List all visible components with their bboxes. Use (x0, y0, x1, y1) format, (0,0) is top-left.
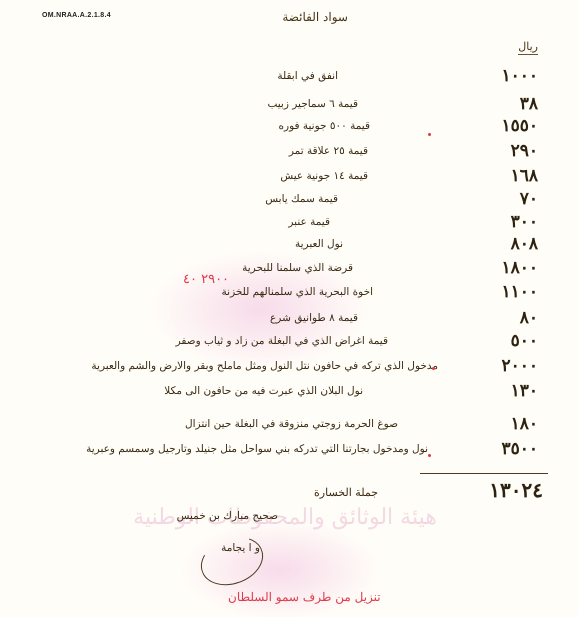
ledger-entry-description: قرضة الذي سلمنا للبحرية (242, 262, 353, 274)
ledger-entry-amount: ٨٠٨ (511, 234, 538, 254)
ledger-entry-description: قيمة ٨ طوانيق شرع (270, 312, 358, 324)
total-label: جملة الخسارة (314, 486, 378, 499)
ledger-entry-amount: ٧٠ (520, 189, 538, 209)
ledger-entry-amount: ١٨٠ (511, 414, 538, 434)
ledger-entry-description: نول العبرية (295, 238, 343, 250)
ledger-entry-amount: ٣٨ (520, 94, 538, 114)
ledger-entry-description: نول البلان الذي عبرت فيه من حافون الى مك… (164, 385, 363, 397)
ledger-entry-description: قيمة عنبر (288, 216, 330, 228)
ledger-entry-description: صوغ الحرمة زوجتي منزوقة في البغلة حين ان… (185, 418, 398, 430)
seal-text: و ا يجامة (221, 542, 260, 554)
ledger-entry-amount: ٨٠ (520, 308, 538, 328)
red-margin-note: ٢٩٠٠ ٤٠ (183, 272, 229, 287)
archive-reference-code: OM.NRAA.A.2.1.8.4 (42, 12, 111, 19)
ledger-entry-description: مدخول الذي تركه في حافون نتل النول ومثل … (91, 360, 438, 372)
archive-watermark-stamp: هيئة الوثائق والمحفوظات الوطنية (110, 505, 460, 530)
ledger-entry-description: قيمة ١٤ جونية عيش (280, 170, 368, 182)
ledger-entry-amount: ١٨٠٠ (501, 258, 538, 278)
ledger-entry-amount: ١٠٠٠ (501, 66, 538, 86)
ledger-entry-description: قيمة ٦ سماجير زبيب (267, 98, 358, 110)
total-amount: ١٣٠٢٤ (489, 478, 543, 502)
ledger-entry-amount: ١١٠٠ (501, 282, 538, 302)
red-dot-marker (428, 454, 431, 457)
ledger-entry-description: قيمة سمك يابس (265, 193, 338, 205)
ledger-entry-amount: ٢٠٠٠ (501, 356, 538, 376)
ledger-entry-description: اخوة البحرية الذي سلمنالهم للخزنة (222, 286, 373, 298)
ledger-entry-amount: ١٦٨ (511, 166, 538, 186)
document-title: سواد الفائضة (282, 10, 348, 24)
signature: صحيح مبارك بن خميس (177, 510, 278, 522)
ledger-entry-amount: ١٥٥٠ (501, 116, 538, 136)
ledger-entry-amount: ٥٠٠ (511, 331, 538, 351)
total-rule (420, 473, 548, 474)
ledger-entry-description: قيمة اغراض الذي في البغلة من زاد و ثياب … (176, 335, 388, 347)
red-footer-note: تنزيل من طرف سمو السلطان (228, 590, 381, 604)
ledger-entry-description: انفق في ابقلة (277, 70, 338, 82)
currency-header: ريال (518, 40, 538, 55)
ledger-entry-amount: ٣٥٠٠ (501, 439, 538, 459)
ledger-entry-amount: ٢٩٠ (511, 141, 538, 161)
red-dot-marker (432, 367, 435, 370)
ledger-entry-description: قيمة ٥٠٠ جونية فوره (279, 120, 370, 132)
ledger-entry-description: قيمة ٢٥ علاقة تمر (289, 145, 368, 157)
ledger-entry-amount: ١٣٠ (511, 381, 538, 401)
ledger-entry-description: نول ومدخول بجارتنا التي تدركه بني سواحل … (86, 443, 428, 455)
red-dot-marker (428, 133, 431, 136)
ledger-entry-amount: ٣٠٠ (511, 212, 538, 232)
